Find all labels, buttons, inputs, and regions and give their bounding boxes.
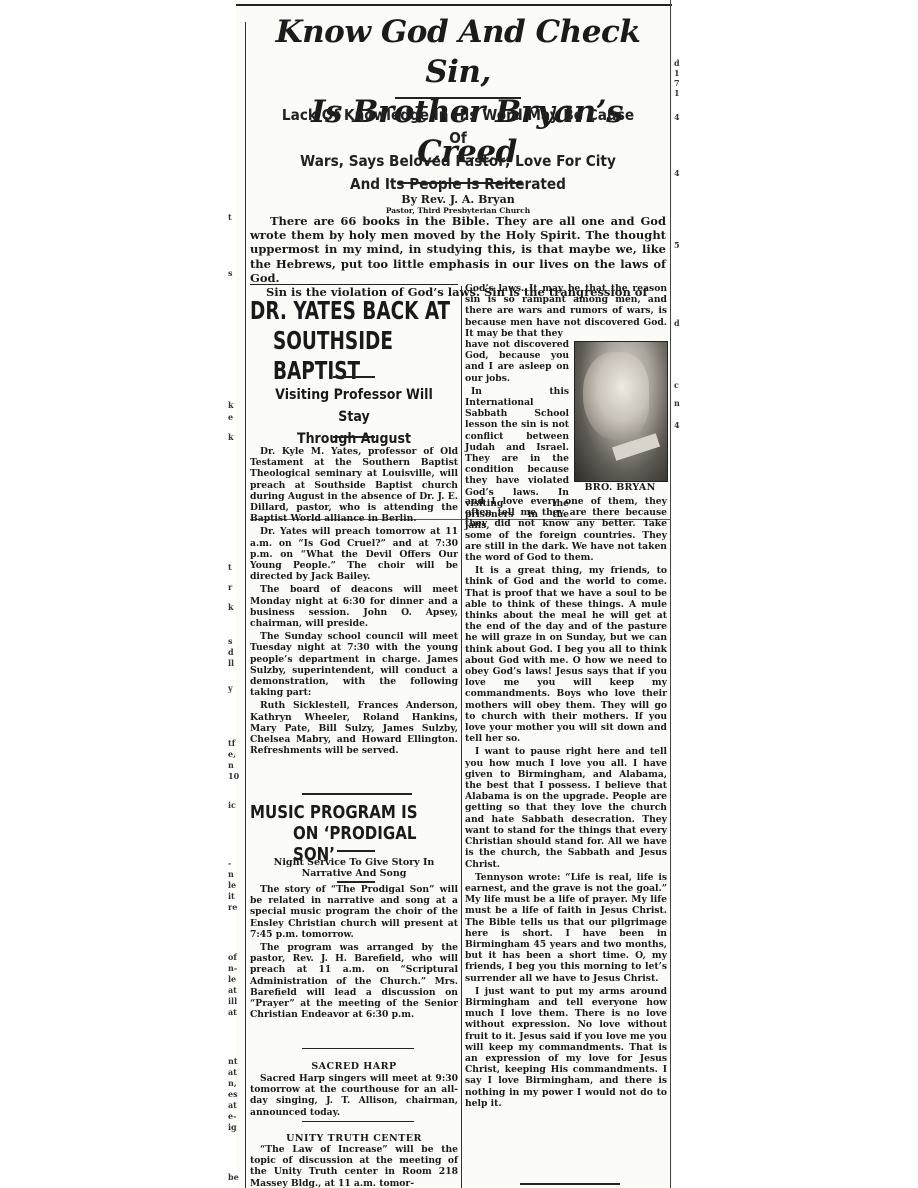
section-rule: [302, 793, 412, 795]
fragment: ll: [228, 658, 234, 669]
fragment: ig: [228, 1122, 237, 1133]
deck-line: Visiting Professor Will Stay: [260, 384, 447, 428]
fragment: n,: [228, 1078, 237, 1089]
headline-line: Know God And Check Sin,: [248, 12, 668, 92]
fragment: d: [674, 318, 680, 329]
fragment: t: [228, 212, 232, 223]
fragment: k: [228, 400, 234, 411]
neighbor-column-fragments-right: d 1 7 1 4 4 5 d c n 4: [674, 0, 684, 1188]
paragraph: Dr. Yates will preach tomorrow at 11 a.m…: [250, 526, 458, 582]
fragment: tf: [228, 738, 235, 749]
paragraph: The story of “The Prodigal Son” will be …: [250, 884, 458, 940]
paragraph: “The Law of Increase” will be the topic …: [250, 1144, 458, 1188]
paragraph: The Sunday school council will meet Tues…: [250, 631, 458, 698]
article-continued-bottom: and I love every one of them, they often…: [465, 496, 667, 1111]
section-rule: [302, 1121, 414, 1122]
paragraph: have not discovered God, because you and…: [465, 339, 569, 384]
section-rule: [302, 1048, 414, 1049]
fragment: le: [228, 974, 236, 985]
fragment: e: [228, 412, 233, 423]
column-border-left: [245, 22, 246, 1188]
paragraph: God’s laws. It may be that the reason si…: [465, 283, 667, 339]
divider-rule: [397, 182, 523, 184]
column-border-right: [670, 0, 671, 1188]
fragment: n: [674, 398, 680, 409]
fragment: 4: [674, 112, 680, 123]
column-divider: [461, 286, 462, 1188]
fragment: e,: [228, 749, 236, 760]
paragraph: It is a great thing, my friends, to thin…: [465, 565, 667, 744]
paragraph: and I love every one of them, they often…: [465, 496, 667, 563]
unity-truth-body: “The Law of Increase” will be the topic …: [250, 1144, 458, 1188]
music-body: The story of “The Prodigal Son” will be …: [250, 884, 458, 1022]
paragraph: The board of deacons will meet Monday ni…: [250, 584, 458, 629]
fragment: nt: [228, 1056, 238, 1067]
fragment: es: [228, 1089, 238, 1100]
fragment: ill: [228, 996, 237, 1007]
fragment: at: [228, 1067, 237, 1078]
divider-rule: [333, 376, 375, 378]
paragraph: Ruth Sicklestell, Frances Anderson, Kath…: [250, 700, 458, 756]
fragment: s: [228, 268, 233, 279]
yates-deck: Visiting Professor Will Stay Through Aug…: [260, 384, 447, 450]
fragment: n: [228, 760, 234, 771]
fragment: t: [228, 562, 232, 573]
fragment: y: [228, 683, 233, 694]
paragraph: I want to pause right here and tell you …: [465, 746, 667, 869]
portrait-face: [583, 352, 649, 440]
article-continued-top: God’s laws. It may be that the reason si…: [465, 283, 667, 341]
headline-line: MUSIC PROGRAM IS: [250, 803, 458, 824]
paragraph: I just want to put my arms around Birmin…: [465, 986, 667, 1109]
fragment: 5: [674, 240, 680, 251]
unity-truth-headline: UNITY TRUTH CENTER: [250, 1133, 458, 1144]
deck-line: Night Service To Give Story In: [250, 857, 458, 868]
paragraph: There are 66 books in the Bible. They ar…: [250, 214, 666, 285]
fragment: 4: [674, 420, 680, 431]
fragment: n-: [228, 963, 237, 974]
neighbor-column-fragments-left: t s k e k t r k s d ll y tf e, n 10 ic -…: [228, 0, 242, 1188]
fragment: ic: [228, 800, 236, 811]
byline: By Rev. J. A. Bryan: [248, 193, 668, 206]
yates-headline: DR. YATES BACK AT SOUTHSIDE BAPTIST: [250, 296, 458, 386]
music-deck: Night Service To Give Story In Narrative…: [250, 857, 458, 879]
deck-line: Wars, Says Beloved Pastor; Love For City: [273, 150, 643, 173]
fragment: k: [228, 602, 234, 613]
fragment: k: [228, 432, 234, 443]
headline-line: DR. YATES BACK AT: [250, 296, 458, 326]
sacred-harp-body: Sacred Harp singers will meet at 9:30 to…: [250, 1073, 458, 1120]
deck-line: Lack Of Knowledge In His Word May Be Cau…: [273, 104, 643, 150]
fragment: 10: [228, 771, 239, 782]
divider-rule: [333, 436, 375, 438]
fragment: le: [228, 880, 236, 891]
paragraph: Sacred Harp singers will meet at 9:30 to…: [250, 1073, 458, 1118]
fragment: of: [228, 952, 237, 963]
photo-caption: BRO. BRYAN: [574, 482, 666, 494]
divider-rule: [337, 850, 375, 852]
fragment: n: [228, 869, 234, 880]
yates-body: Dr. Kyle M. Yates, professor of Old Test…: [250, 446, 458, 758]
end-rule: [520, 1183, 620, 1185]
fragment: at: [228, 985, 237, 996]
fragment: 4: [674, 168, 680, 179]
paragraph: Dr. Kyle M. Yates, professor of Old Test…: [250, 446, 458, 524]
sacred-harp-headline: SACRED HARP: [250, 1061, 458, 1072]
fragment: e-: [228, 1111, 236, 1122]
fragment: -: [228, 858, 231, 869]
fragment: 1: [674, 88, 680, 99]
fragment: r: [228, 582, 232, 593]
fragment: d: [228, 647, 234, 658]
fragment: at: [228, 1007, 237, 1018]
fragment: c: [674, 380, 679, 391]
divider-rule: [337, 881, 375, 883]
portrait-photo: [574, 341, 668, 482]
fragment: at: [228, 1100, 237, 1111]
fragment: it: [228, 891, 235, 902]
paragraph: Tennyson wrote: “Life is real, life is e…: [465, 872, 667, 984]
newspaper-page: t s k e k t r k s d ll y tf e, n 10 ic -…: [0, 0, 918, 1188]
section-rule: [250, 284, 458, 285]
fragment: be: [228, 1172, 239, 1183]
deck-line: Narrative And Song: [250, 868, 458, 879]
divider-rule: [395, 97, 521, 99]
top-rule: [236, 4, 672, 6]
paragraph: The program was arranged by the pastor, …: [250, 942, 458, 1020]
fragment: s: [228, 636, 233, 647]
fragment: re: [228, 902, 237, 913]
